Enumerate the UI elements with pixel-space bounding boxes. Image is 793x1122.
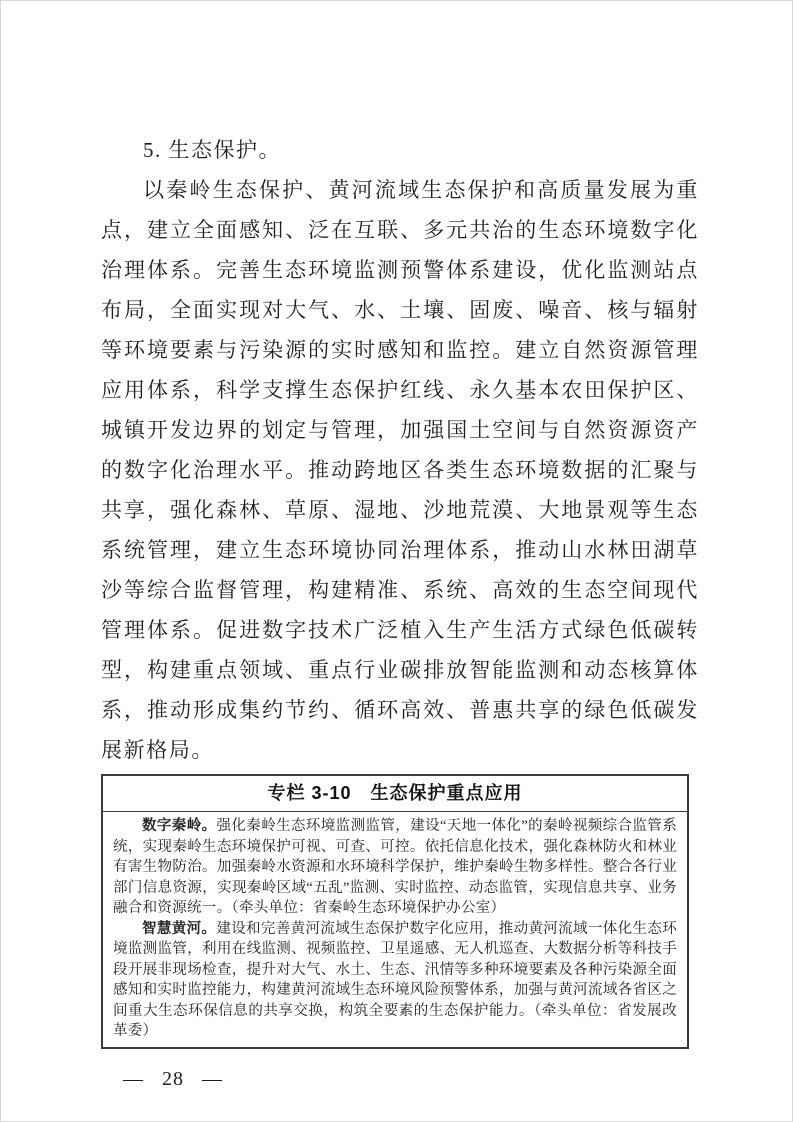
box-paragraph-smart-yellow-river: 智慧黄河。建设和完善黄河流域生态保护数字化应用，推动黄河流域一体化生态环境监测监… bbox=[113, 919, 677, 1042]
body-paragraph: 以秦岭生态保护、黄河流域生态保护和高质量发展为重点，建立全面感知、泛在互联、多元… bbox=[101, 170, 699, 770]
box-paragraph-lead: 智慧黄河。 bbox=[142, 921, 216, 937]
page-number: — 28 — bbox=[101, 1065, 699, 1093]
feature-box-body: 数字秦岭。强化秦岭生态环境监测监管，建设“天地一体化”的秦岭视频综合监管系统，实… bbox=[103, 812, 687, 1047]
feature-box-title: 专栏 3-10 生态保护重点应用 bbox=[103, 776, 687, 812]
box-paragraph-digital-qinling: 数字秦岭。强化秦岭生态环境监测监管，建设“天地一体化”的秦岭视频综合监管系统，实… bbox=[113, 816, 677, 919]
box-paragraph-text: 建设和完善黄河流域生态保护数字化应用，推动黄河流域一体化生态环境监测监管，利用在… bbox=[113, 921, 677, 1040]
section-heading: 5. 生态保护。 bbox=[101, 130, 699, 170]
document-page: 5. 生态保护。 以秦岭生态保护、黄河流域生态保护和高质量发展为重点，建立全面感… bbox=[0, 0, 793, 1122]
page-content: 5. 生态保护。 以秦岭生态保护、黄河流域生态保护和高质量发展为重点，建立全面感… bbox=[1, 1, 792, 1093]
feature-box: 专栏 3-10 生态保护重点应用 数字秦岭。强化秦岭生态环境监测监管，建设“天地… bbox=[101, 774, 689, 1049]
box-paragraph-lead: 数字秦岭。 bbox=[142, 818, 217, 834]
